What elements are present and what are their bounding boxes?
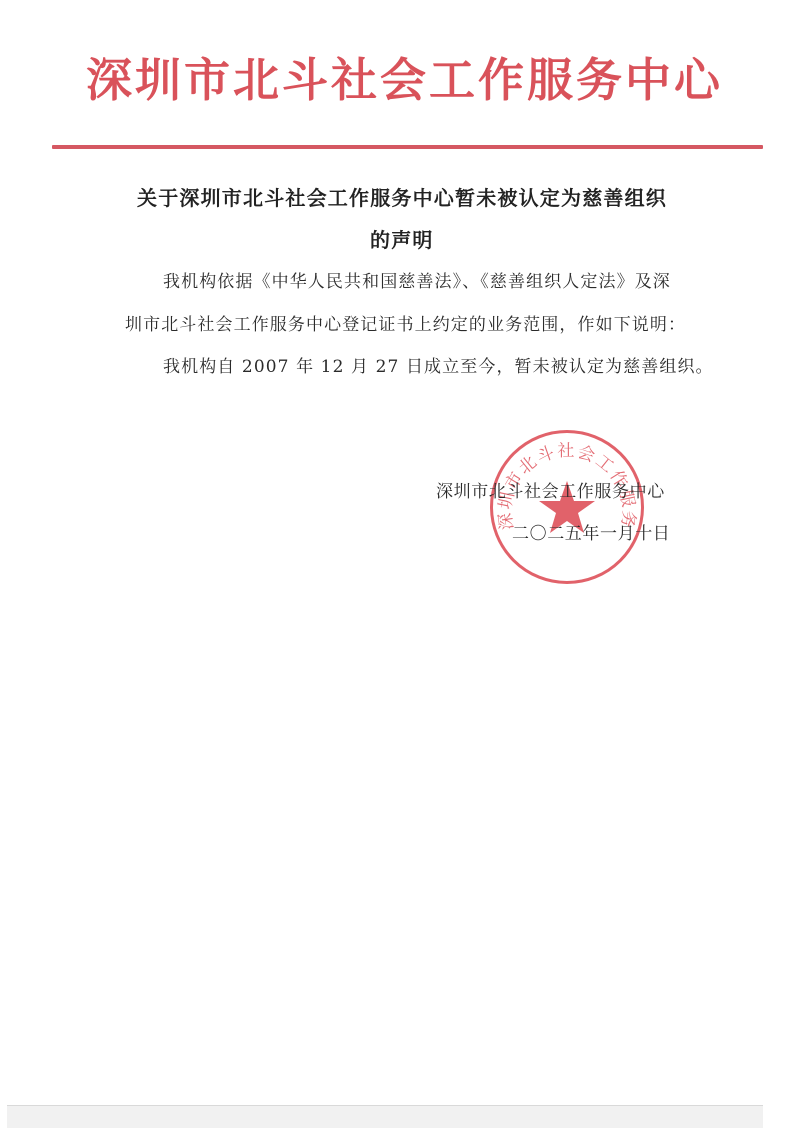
letterhead-divider [52,145,763,149]
seal-graphic: 深圳市北斗社会工作服务中心 [493,433,641,581]
document-title-line-2: 的声明 [370,226,434,254]
letterhead-organization-name: 深圳市北斗社会工作服务中心 [86,50,732,110]
body-paragraph-line-3: 我机构自 2007 年 12 月 27 日成立至今，暂未被认定为慈善组织。 [163,354,714,380]
document-title-line-1: 关于深圳市北斗社会工作服务中心暂未被认定为慈善组织 [137,184,667,212]
official-seal: 深圳市北斗社会工作服务中心 [490,430,644,584]
body-paragraph-line-2: 圳市北斗社会工作服务中心登记证书上约定的业务范围，作如下说明： [125,312,686,338]
document-page: 深圳市北斗社会工作服务中心 关于深圳市北斗社会工作服务中心暂未被认定为慈善组织 … [0,0,800,1132]
signature-organization: 深圳市北斗社会工作服务中心 [436,479,665,505]
scan-bottom-edge [7,1105,763,1128]
signature-date: 二〇二五年一月十日 [512,521,670,547]
body-paragraph-line-1: 我机构依据《中华人民共和国慈善法》、《慈善组织人定法》及深 [163,269,671,295]
